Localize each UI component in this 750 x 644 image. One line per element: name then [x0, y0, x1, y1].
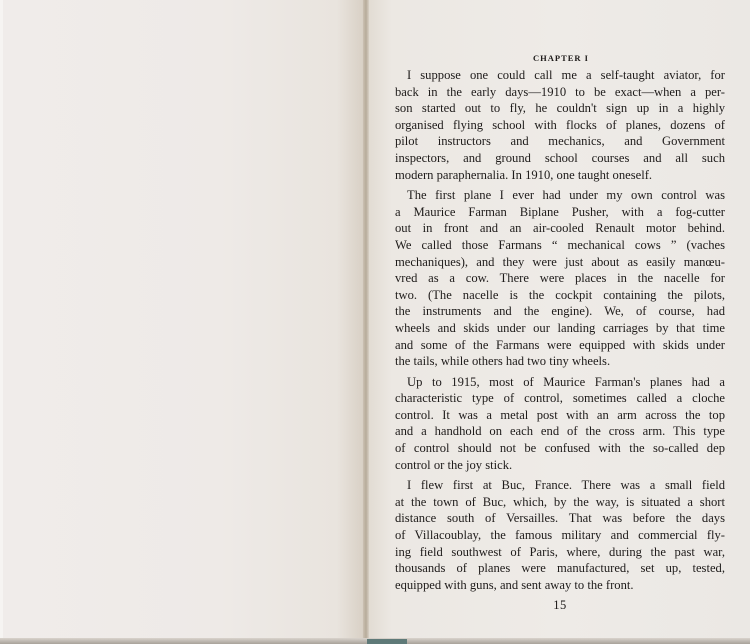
text-line: The first plane I ever had under my own …: [395, 187, 725, 204]
text-line: distance south of Versailles. That was b…: [395, 510, 725, 527]
text-line: modern paraphernalia. In 1910, one taugh…: [395, 167, 725, 184]
cover-edge: [367, 639, 407, 644]
text-line: I flew first at Buc, France. There was a…: [395, 477, 725, 494]
paragraph-2: The first plane I ever had under my own …: [395, 187, 725, 370]
text-line: control or the joy stick.: [395, 457, 725, 474]
paragraph-1: I suppose one could call me a self-taugh…: [395, 67, 725, 183]
text-line: characteristic type of control, sometime…: [395, 390, 725, 407]
text-line: a Maurice Farman Biplane Pusher, with a …: [395, 204, 725, 221]
paragraph-3: Up to 1915, most of Maurice Farman's pla…: [395, 374, 725, 474]
text-line: pilot instructors and mechanics, and Gov…: [395, 133, 725, 150]
text-line: mechaniques), and they were just about a…: [395, 254, 725, 271]
text-line: at the town of Buc, which, by the way, i…: [395, 494, 725, 511]
chapter-heading: CHAPTER I: [395, 52, 725, 64]
text-line: son started out to fly, he couldn't sign…: [395, 100, 725, 117]
text-line: equipped with guns, and sent away to the…: [395, 577, 725, 594]
text-line: We called those Farmans “ mechanical cow…: [395, 237, 725, 254]
text-line: wheels and skids under our landing carri…: [395, 320, 725, 337]
text-line: of Villacoublay, the famous military and…: [395, 527, 725, 544]
text-line: and some of the Farmans were equipped wi…: [395, 337, 725, 354]
page-number: 15: [395, 597, 725, 614]
text-line: the tails, while others had two tiny whe…: [395, 353, 725, 370]
text-line: organised flying school with flocks of p…: [395, 117, 725, 134]
text-line: ing field southwest of Paris, where, dur…: [395, 544, 725, 561]
text-line: two. (The nacelle is the cockpit contain…: [395, 287, 725, 304]
text-line: inspectors, and ground school courses an…: [395, 150, 725, 167]
text-line: I suppose one could call me a self-taugh…: [395, 67, 725, 84]
bottom-edge: [0, 638, 750, 644]
page-text: CHAPTER I I suppose one could call me a …: [395, 52, 725, 614]
text-line: and a handhold on each end of the cross …: [395, 423, 725, 440]
text-line: the instruments and the engine). We, of …: [395, 303, 725, 320]
text-line: thousands of planes were manufactured, s…: [395, 560, 725, 577]
text-line: vred as a cow. There were places in the …: [395, 270, 725, 287]
text-line: Up to 1915, most of Maurice Farman's pla…: [395, 374, 725, 391]
book-spread: CHAPTER I I suppose one could call me a …: [0, 0, 750, 644]
paragraph-4: I flew first at Buc, France. There was a…: [395, 477, 725, 593]
text-line: of control should not be confused with t…: [395, 440, 725, 457]
text-line: back in the early days—1910 to be exact—…: [395, 84, 725, 101]
left-page-blank: [0, 0, 366, 638]
text-line: out in front and an air-cooled Renault m…: [395, 220, 725, 237]
text-line: control. It was a metal post with an arm…: [395, 407, 725, 424]
